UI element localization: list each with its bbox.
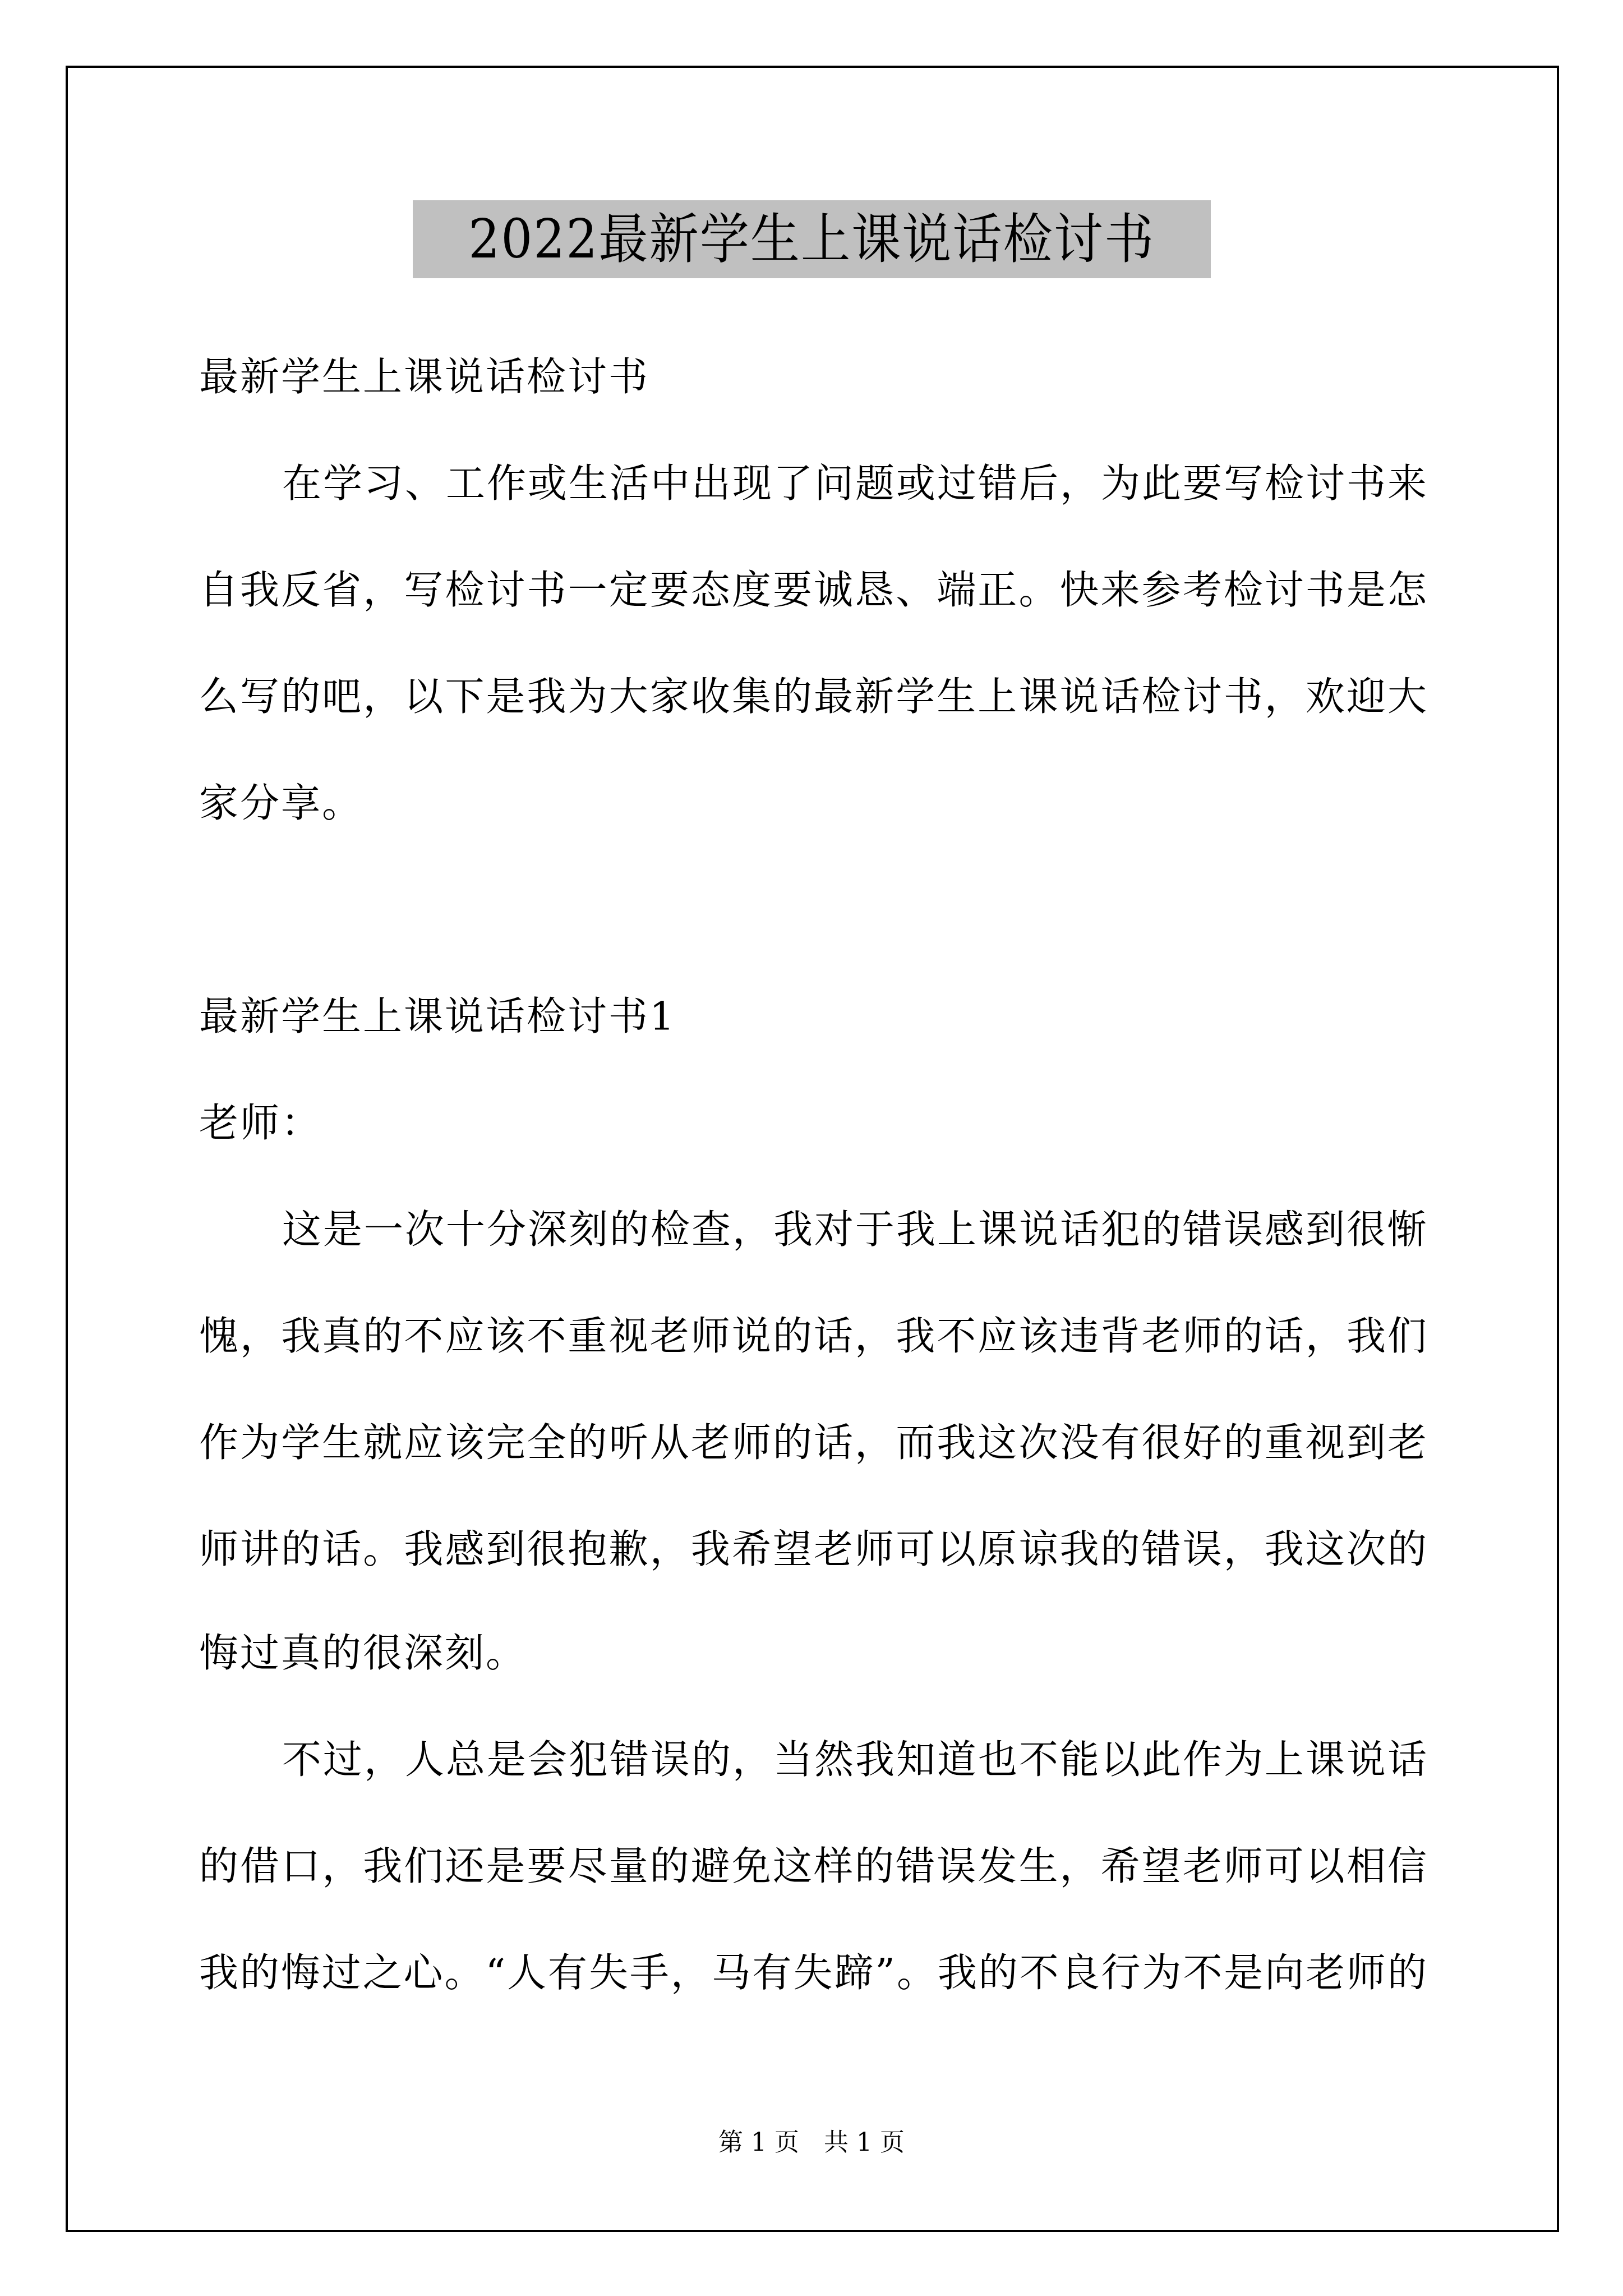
page-number-footer: 第 1 页 共 1 页 xyxy=(0,2126,1623,2160)
intro-line: 家分享。 xyxy=(199,781,1427,826)
paragraph-line: 的借口，我们还是要尽量的避免这样的错误发生，希望老师可以相信 xyxy=(199,1844,1427,1889)
paragraph-line: 愧，我真的不应该不重视老师说的话，我不应该违背老师的话，我们 xyxy=(199,1314,1427,1359)
paragraph-line: 师讲的话。我感到很抱歉，我希望老师可以原谅我的错误，我这次的 xyxy=(199,1527,1427,1572)
paragraph-line: 作为学生就应该完全的听从老师的话，而我这次没有很好的重视到老 xyxy=(199,1420,1427,1465)
paragraph-line: 这是一次十分深刻的检查，我对于我上课说话犯的错误感到很惭 xyxy=(282,1207,1427,1252)
paragraph-line: 不过，人总是会犯错误的，当然我知道也不能以此作为上课说话 xyxy=(282,1737,1427,1782)
section-heading: 最新学生上课说话检讨书1 xyxy=(199,994,1427,1039)
intro-line: 么写的吧，以下是我为大家收集的最新学生上课说话检讨书，欢迎大 xyxy=(199,674,1427,719)
salutation: 老师： xyxy=(199,1101,1427,1145)
document-title-highlight: 2022最新学生上课说话检讨书 xyxy=(413,200,1211,278)
paragraph-line: 悔过真的很深刻。 xyxy=(199,1631,1427,1676)
paragraph-line: 我的悔过之心。“人有失手，马有失蹄”。我的不良行为不是向老师的 xyxy=(199,1950,1427,1995)
intro-line: 在学习、工作或生活中出现了问题或过错后，为此要写检讨书来 xyxy=(282,461,1427,506)
document-subtitle: 最新学生上课说话检讨书 xyxy=(199,355,1427,399)
document-title: 2022最新学生上课说话检讨书 xyxy=(469,200,1155,278)
intro-line: 自我反省，写检讨书一定要态度要诚恳、端正。快来参考检讨书是怎 xyxy=(199,568,1427,613)
